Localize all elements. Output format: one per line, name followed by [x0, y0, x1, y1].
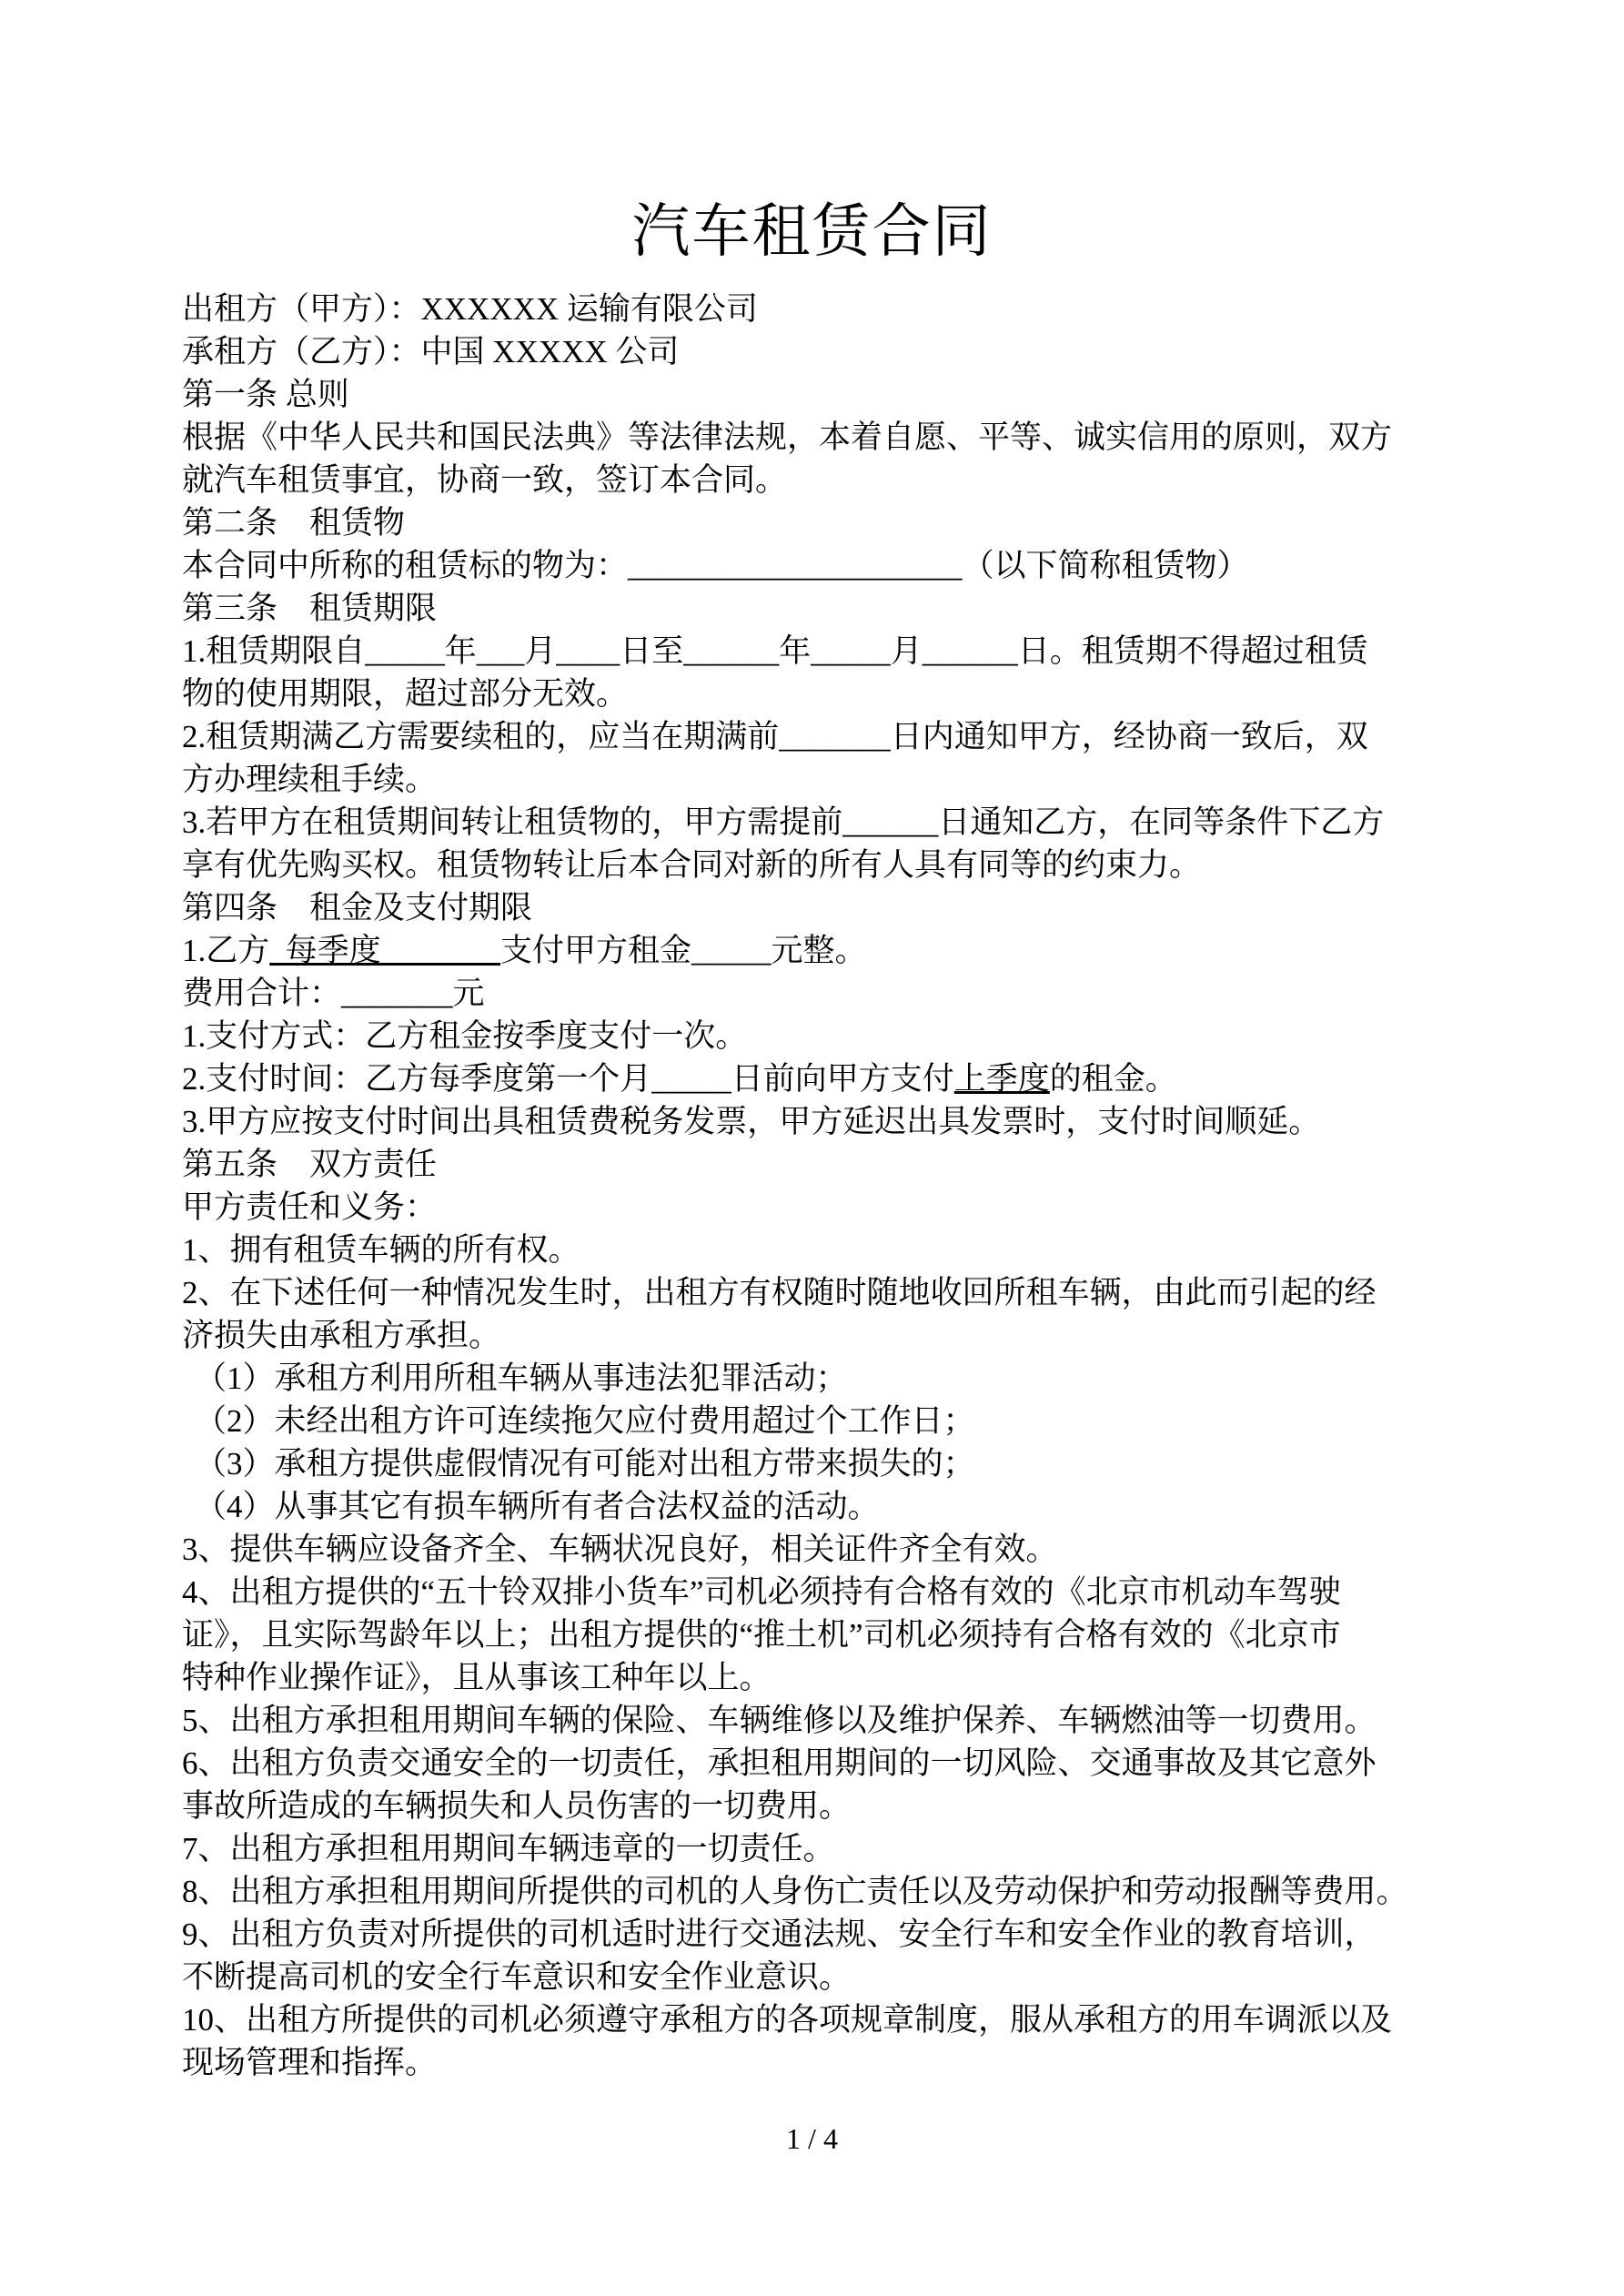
document-line: 1.乙方 每季度 支付甲方租金_____元整。	[182, 929, 1444, 972]
document-line: 不断提高司机的安全行车意识和安全作业意识。	[182, 1956, 1444, 1998]
document-line: 3、提供车辆应设备齐全、车辆状况良好，相关证件齐全有效。	[182, 1528, 1444, 1571]
text-segment: 第一条 总则	[182, 377, 349, 412]
document-body: 出租方（甲方）：XXXXXX 运输有限公司承租方（乙方）：中国 XXXXX 公司…	[182, 288, 1444, 2084]
document-line: 2、在下述任何一种情况发生时，出租方有权随时随地收回所租车辆，由此而引起的经	[182, 1271, 1444, 1314]
document-line: 9、出租方负责对所提供的司机适时进行交通法规、安全行车和安全作业的教育培训，	[182, 1913, 1444, 1956]
text-segment: 3、提供车辆应设备齐全、车辆状况良好，相关证件齐全有效。	[182, 1532, 1058, 1567]
text-segment: 承租方（乙方）：中国 XXXXX 公司	[182, 334, 679, 369]
text-segment: 6、出租方负责交通安全的一切责任，承担租用期间的一切风险、交通事故及其它意外	[182, 1745, 1377, 1781]
text-segment: 现场管理和指挥。	[182, 2045, 437, 2080]
document-line: （3）承租方提供虚假情况有可能对出租方带来损失的；	[182, 1442, 1444, 1485]
document-line: 6、出租方负责交通安全的一切责任，承担租用期间的一切风险、交通事故及其它意外	[182, 1742, 1444, 1785]
document-line: 承租方（乙方）：中国 XXXXX 公司	[182, 330, 1444, 373]
document-line: 享有优先购买权。租赁物转让后本合同对新的所有人具有同等的约束力。	[182, 844, 1444, 886]
document-line: 第二条 租赁物	[182, 501, 1444, 544]
text-segment: 不断提高司机的安全行车意识和安全作业意识。	[182, 1959, 851, 1995]
text-segment: 第三条 租赁期限	[182, 591, 437, 626]
text-segment: 方办理续租手续。	[182, 762, 437, 797]
text-segment: 费用合计：_______元	[182, 976, 485, 1011]
text-segment: 物的使用期限，超过部分无效。	[182, 676, 628, 712]
text-segment: 9、出租方负责对所提供的司机适时进行交通法规、安全行车和安全作业的教育培训，	[182, 1917, 1377, 1952]
text-segment: 8、出租方承担租用期间所提供的司机的人身伤亡责任以及劳动保护和劳动报酬等费用。	[182, 1874, 1408, 1909]
text-segment: 的租金。	[1050, 1061, 1177, 1097]
document-line: 第四条 租金及支付期限	[182, 886, 1444, 929]
text-segment: 1.租赁期限自_____年___月____日至______年_____月____…	[182, 633, 1368, 669]
document-line: 物的使用期限，超过部分无效。	[182, 673, 1444, 715]
text-segment: 证》，且实际驾龄年以上；出租方提供的“推土机”司机必须持有合格有效的《北京市	[182, 1617, 1341, 1653]
document-line: 8、出租方承担租用期间所提供的司机的人身伤亡责任以及劳动保护和劳动报酬等费用。	[182, 1870, 1444, 1913]
text-segment: 本合同中所称的租赁标的物为：_____________________（以下简称…	[182, 548, 1249, 583]
document-line: 本合同中所称的租赁标的物为：_____________________（以下简称…	[182, 544, 1444, 587]
document-line: 方办理续租手续。	[182, 758, 1444, 801]
text-segment: 3.甲方应按支付时间出具租赁费税务发票，甲方延迟出具发票时，支付时间顺延。	[182, 1104, 1320, 1139]
contract-page: 汽车租赁合同 出租方（甲方）：XXXXXX 运输有限公司承租方（乙方）：中国 X…	[0, 0, 1624, 2296]
text-segment: 4、出租方提供的“五十铃双排小货车”司机必须持有合格有效的《北京市机动车驾驶	[182, 1574, 1341, 1610]
document-line: 第五条 双方责任	[182, 1143, 1444, 1186]
text-segment: 10、出租方所提供的司机必须遵守承租方的各项规章制度，服从承租方的用车调派以及	[182, 2002, 1392, 2038]
document-line: （4）从事其它有损车辆所有者合法权益的活动。	[182, 1485, 1444, 1528]
document-line: 济损失由承租方承担。	[182, 1314, 1444, 1357]
document-line: 4、出租方提供的“五十铃双排小货车”司机必须持有合格有效的《北京市机动车驾驶	[182, 1571, 1444, 1613]
text-segment: 事故所造成的车辆损失和人员伤害的一切费用。	[182, 1788, 851, 1824]
text-segment: 7、出租方承担租用期间车辆违章的一切责任。	[182, 1831, 835, 1866]
text-segment: 2、在下述任何一种情况发生时，出租方有权随时随地收回所租车辆，由此而引起的经	[182, 1275, 1377, 1310]
text-segment: 1.支付方式：乙方租金按季度支付一次。	[182, 1018, 747, 1054]
document-line: （1）承租方利用所租车辆从事违法犯罪活动；	[182, 1357, 1444, 1400]
underlined-blank: 每季度	[269, 933, 500, 968]
text-segment: （1）承租方利用所租车辆从事违法犯罪活动；	[195, 1360, 848, 1396]
text-segment: 3.若甲方在租赁期间转让租赁物的，甲方需提前______日通知乙方，在同等条件下…	[182, 804, 1384, 840]
text-segment: （3）承租方提供虚假情况有可能对出租方带来损失的；	[195, 1446, 975, 1482]
document-line: 就汽车租赁事宜，协商一致，签订本合同。	[182, 459, 1444, 501]
text-segment: 元整。	[772, 933, 867, 968]
document-line: （2）未经出租方许可连续拖欠应付费用超过个工作日；	[182, 1400, 1444, 1442]
text-segment: 享有优先购买权。租赁物转让后本合同对新的所有人具有同等的约束力。	[182, 847, 1201, 883]
document-line: 证》，且实际驾龄年以上；出租方提供的“推土机”司机必须持有合格有效的《北京市	[182, 1613, 1444, 1656]
text-segment: 第五条 双方责任	[182, 1147, 437, 1182]
underlined-blank: 上季度	[954, 1061, 1050, 1097]
document-line: 7、出租方承担租用期间车辆违章的一切责任。	[182, 1827, 1444, 1870]
document-line: 费用合计：_______元	[182, 972, 1444, 1015]
document-line: 10、出租方所提供的司机必须遵守承租方的各项规章制度，服从承租方的用车调派以及	[182, 1998, 1444, 2041]
text-segment: （4）从事其它有损车辆所有者合法权益的活动。	[195, 1489, 880, 1524]
text-segment: 1.乙方	[182, 933, 269, 968]
document-line: 现场管理和指挥。	[182, 2041, 1444, 2084]
text-segment: 第四条 租金及支付期限	[182, 890, 532, 925]
document-line: 事故所造成的车辆损失和人员伤害的一切费用。	[182, 1785, 1444, 1827]
document-line: 甲方责任和义务：	[182, 1186, 1444, 1229]
document-line: 2.支付时间：乙方每季度第一个月_____日前向甲方支付上季度的租金。	[182, 1057, 1444, 1100]
text-segment: 甲方责任和义务：	[182, 1189, 437, 1225]
document-line: 1、拥有租赁车辆的所有权。	[182, 1229, 1444, 1271]
document-line: 5、出租方承担租用期间车辆的保险、车辆维修以及维护保养、车辆燃油等一切费用。	[182, 1699, 1444, 1742]
document-line: 2.租赁期满乙方需要续租的，应当在期满前_______日内通知甲方，经协商一致后…	[182, 715, 1444, 758]
document-line: 3.甲方应按支付时间出具租赁费税务发票，甲方延迟出具发票时，支付时间顺延。	[182, 1100, 1444, 1143]
text-segment: 2.支付时间：乙方每季度第一个月_____日前向甲方支付	[182, 1061, 954, 1097]
text-segment: 出租方（甲方）：XXXXXX 运输有限公司	[182, 291, 758, 327]
text-segment: 特种作业操作证》，且从事该工种年以上。	[182, 1660, 772, 1695]
page-title: 汽车租赁合同	[0, 193, 1624, 271]
text-segment: （2）未经出租方许可连续拖欠应付费用超过个工作日；	[195, 1403, 975, 1439]
document-line: 3.若甲方在租赁期间转让租赁物的，甲方需提前______日通知乙方，在同等条件下…	[182, 801, 1444, 844]
text-segment: 5、出租方承担租用期间车辆的保险、车辆维修以及维护保养、车辆燃油等一切费用。	[182, 1703, 1377, 1738]
text-segment: 根据《中华人民共和国民法典》等法律法规，本着自愿、平等、诚实信用的原则，双方	[182, 420, 1392, 455]
text-segment: 济损失由承租方承担。	[182, 1318, 500, 1353]
document-line: 出租方（甲方）：XXXXXX 运输有限公司	[182, 288, 1444, 330]
text-segment: _____	[691, 933, 772, 968]
document-line: 第三条 租赁期限	[182, 587, 1444, 630]
text-segment: 2.租赁期满乙方需要续租的，应当在期满前_______日内通知甲方，经协商一致后…	[182, 719, 1368, 754]
text-segment: 支付甲方租金	[500, 933, 691, 968]
document-line: 1.支付方式：乙方租金按季度支付一次。	[182, 1015, 1444, 1057]
document-line: 根据《中华人民共和国民法典》等法律法规，本着自愿、平等、诚实信用的原则，双方	[182, 416, 1444, 459]
text-segment: 就汽车租赁事宜，协商一致，签订本合同。	[182, 462, 787, 498]
document-line: 1.租赁期限自_____年___月____日至______年_____月____…	[182, 630, 1444, 673]
document-line: 特种作业操作证》，且从事该工种年以上。	[182, 1656, 1444, 1699]
document-line: 第一条 总则	[182, 373, 1444, 416]
page-number: 1 / 4	[0, 2120, 1624, 2157]
text-segment: 1、拥有租赁车辆的所有权。	[182, 1232, 580, 1268]
text-segment: 第二条 租赁物	[182, 505, 405, 541]
